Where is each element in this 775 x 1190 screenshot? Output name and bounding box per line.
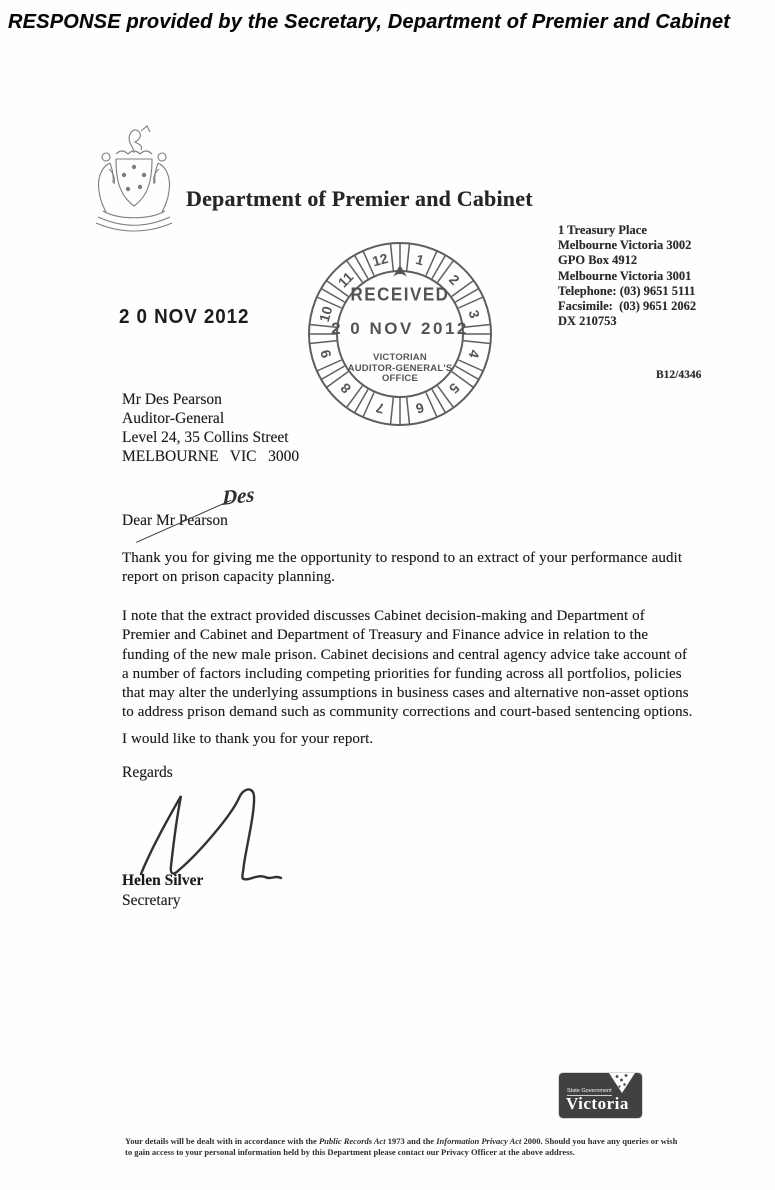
footer-text-2: 1973 and the: [386, 1136, 437, 1146]
received-stamp: 121234567891011 RECEIVED 2 0 NOV 2012 VI…: [306, 240, 494, 428]
footer-text-1: Your details will be dealt with in accor…: [125, 1136, 319, 1146]
closing-regards: Regards: [122, 764, 173, 782]
body-paragraph-2: I note that the extract provided discuss…: [122, 607, 693, 723]
logo-large-text: Victoria: [566, 1094, 629, 1114]
response-header: RESPONSE provided by the Secretary, Depa…: [8, 11, 770, 34]
body-paragraph-3: I would like to thank you for your repor…: [122, 730, 373, 749]
stamp-received-label: RECEIVED: [306, 284, 494, 306]
recipient-address: Mr Des Pearson Auditor-General Level 24,…: [122, 390, 299, 466]
stamp-date: 2 0 NOV 2012: [306, 319, 494, 339]
letterhead-address: 1 Treasury Place Melbourne Victoria 3002…: [558, 223, 696, 329]
stamp-office-name: VICTORIAN AUDITOR-GENERAL'S OFFICE: [306, 353, 494, 385]
footer-act-name-2: Information Privacy Act: [436, 1136, 521, 1146]
date-stamp: 2 0 NOV 2012: [119, 306, 249, 329]
scanned-letter-page: RESPONSE provided by the Secretary, Depa…: [0, 0, 775, 1190]
southern-cross-notch-icon: [609, 1073, 635, 1093]
signatory-title: Secretary: [122, 892, 181, 910]
department-name: Department of Premier and Cabinet: [186, 186, 533, 212]
signatory-name: Helen Silver: [122, 872, 203, 890]
broad-arrow-icon: [391, 265, 409, 280]
privacy-footer: Your details will be dealt with in accor…: [125, 1136, 680, 1158]
state-government-victoria-logo: State Government Victoria: [559, 1073, 642, 1118]
body-paragraph-1: Thank you for giving me the opportunity …: [122, 549, 682, 588]
victorian-coat-of-arms-icon: [82, 122, 186, 246]
footer-act-name-1: Public Records Act: [319, 1136, 386, 1146]
reference-number: B12/4346: [656, 369, 701, 381]
handwritten-annotation: Des: [222, 482, 255, 511]
handwritten-signature: [123, 782, 373, 882]
salutation: Dear Mr Pearson: [122, 512, 228, 530]
